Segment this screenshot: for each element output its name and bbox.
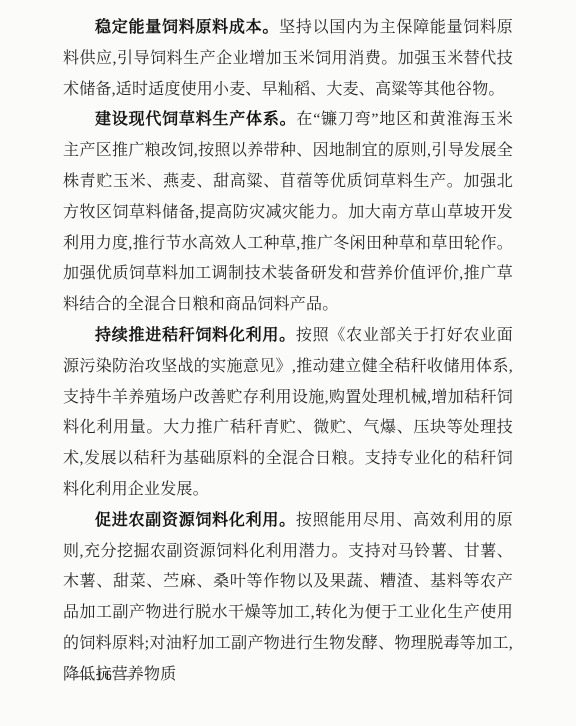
paragraph-text: 在“镰刀弯”地区和黄淮海玉米主产区推广粮改饲,按照以养带种、因地制宜的原则,引导… <box>63 111 513 313</box>
paragraph-text: 按照《农业部关于打好农业面源污染防治攻坚战的实施意见》,推动建立健全秸秆收储用体… <box>63 327 513 498</box>
paragraph-lead: 稳定能量饲料原料成本。 <box>95 19 279 36</box>
page-footer: — 16 — <box>75 668 134 685</box>
paragraph-forage-production-system: 建设现代饲草料生产体系。在“镰刀弯”地区和黄淮海玉米主产区推广粮改饲,按照以养带… <box>63 105 513 321</box>
paragraph-byproduct-feed-utilization: 促进农副资源饲料化利用。按照能用尽用、高效利用的原则,充分挖掘农副资源饲料化利用… <box>63 506 513 691</box>
document-page: 稳定能量饲料原料成本。坚持以国内为主保障能量饲料原料供应,引导饲料生产企业增加玉… <box>0 0 576 726</box>
paragraph-lead: 促进农副资源饲料化利用。 <box>95 512 296 529</box>
paragraph-lead: 持续推进秸秆饲料化利用。 <box>95 327 296 344</box>
paragraph-text: 按照能用尽用、高效利用的原则,充分挖掘农副资源饲料化利用潜力。支持对马铃薯、甘薯… <box>63 512 513 683</box>
paragraph-stabilize-feed-costs: 稳定能量饲料原料成本。坚持以国内为主保障能量饲料原料供应,引导饲料生产企业增加玉… <box>63 13 513 105</box>
page-number: — 16 — <box>75 668 134 684</box>
page-content: 稳定能量饲料原料成本。坚持以国内为主保障能量饲料原料供应,引导饲料生产企业增加玉… <box>63 13 513 691</box>
paragraph-lead: 建设现代饲草料生产体系。 <box>95 111 296 128</box>
paragraph-straw-feed-utilization: 持续推进秸秆饲料化利用。按照《农业部关于打好农业面源污染防治攻坚战的实施意见》,… <box>63 321 513 506</box>
